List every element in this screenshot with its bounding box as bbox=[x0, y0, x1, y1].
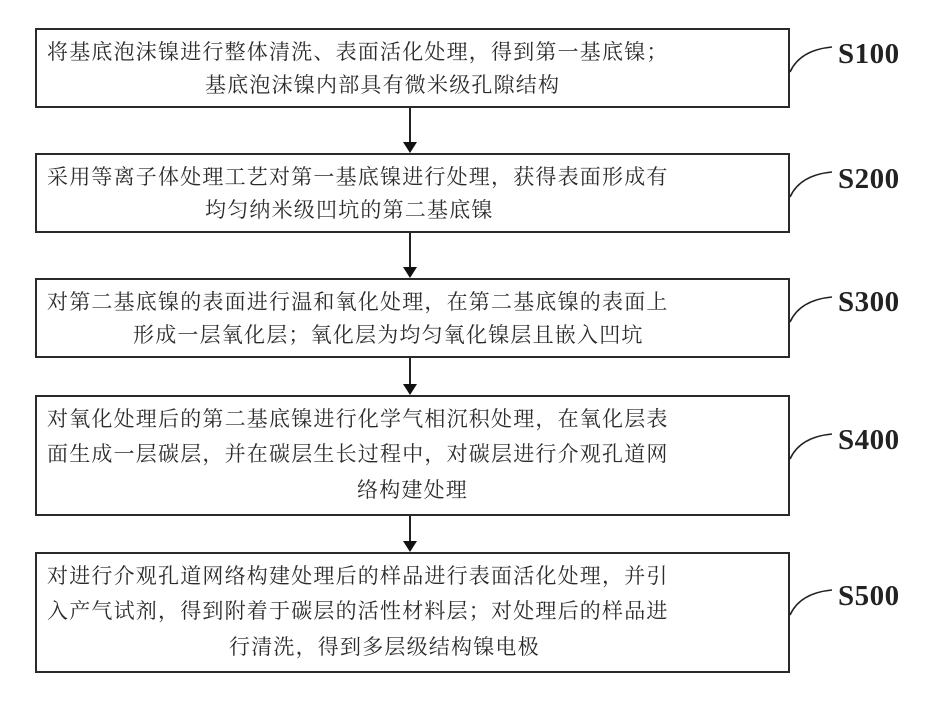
step-box-s100: 将基底泡沫镍进行整体清洗、表面活化处理，得到第一基底镍； 基底泡沫镍内部具有微米… bbox=[35, 28, 790, 108]
step-s100-line-2: 基底泡沫镍内部具有微米级孔隙结构 bbox=[205, 72, 560, 98]
arrowhead-icon bbox=[403, 267, 417, 278]
step-s200-line-1: 采用等离子体处理工艺对第一基底镍进行处理，获得表面形成有 bbox=[47, 164, 669, 190]
arrowhead-icon bbox=[403, 142, 417, 153]
leader-line-s300 bbox=[788, 290, 838, 330]
flow-arrow-4-5 bbox=[409, 516, 411, 543]
arrowhead-icon bbox=[403, 384, 417, 395]
step-s400-line-2: 面生成一层碳层，并在碳层生长过程中，对碳层进行介观孔道网 bbox=[47, 441, 669, 467]
step-s300-line-1: 对第二基底镍的表面进行温和氧化处理，在第二基底镍的表面上 bbox=[47, 289, 669, 315]
step-s400-line-1: 对氧化处理后的第二基底镍进行化学气相沉积处理，在氧化层表 bbox=[47, 406, 669, 432]
flow-arrow-3-4 bbox=[409, 358, 411, 386]
flow-arrow-1-2 bbox=[409, 108, 411, 144]
step-s400-line-3: 络构建处理 bbox=[357, 477, 468, 503]
flow-arrow-2-3 bbox=[409, 233, 411, 269]
leader-line-s100 bbox=[788, 40, 838, 80]
step-s500-line-1: 对进行介观孔道网络构建处理后的样品进行表面活化处理，并引 bbox=[47, 563, 669, 589]
step-label-s400: S400 bbox=[838, 424, 900, 457]
step-box-s300: 对第二基底镍的表面进行温和氧化处理，在第二基底镍的表面上 形成一层氧化层；氧化层… bbox=[35, 278, 790, 358]
step-box-s500: 对进行介观孔道网络构建处理后的样品进行表面活化处理，并引 入产气试剂，得到附着于… bbox=[35, 552, 790, 673]
step-label-s200: S200 bbox=[838, 163, 900, 196]
step-label-s100: S100 bbox=[838, 38, 900, 71]
step-s300-line-2: 形成一层氧化层；氧化层为均匀氧化镍层且嵌入凹坑 bbox=[133, 322, 644, 348]
step-label-s300: S300 bbox=[838, 286, 900, 319]
step-s500-line-2: 入产气试剂，得到附着于碳层的活性材料层；对处理后的样品进 bbox=[47, 598, 669, 624]
step-s100-line-1: 将基底泡沫镍进行整体清洗、表面活化处理，得到第一基底镍； bbox=[47, 39, 669, 65]
step-label-s500: S500 bbox=[838, 580, 900, 613]
step-box-s400: 对氧化处理后的第二基底镍进行化学气相沉积处理，在氧化层表 面生成一层碳层，并在碳… bbox=[35, 395, 790, 516]
arrowhead-icon bbox=[403, 541, 417, 552]
step-s200-line-2: 均匀纳米级凹坑的第二基底镍 bbox=[205, 197, 494, 223]
step-box-s200: 采用等离子体处理工艺对第一基底镍进行处理，获得表面形成有 均匀纳米级凹坑的第二基… bbox=[35, 153, 790, 233]
step-s500-line-3: 行清洗，得到多层级结构镍电极 bbox=[229, 634, 540, 660]
leader-line-s200 bbox=[788, 165, 838, 205]
leader-line-s400 bbox=[788, 427, 838, 467]
leader-line-s500 bbox=[788, 583, 838, 623]
